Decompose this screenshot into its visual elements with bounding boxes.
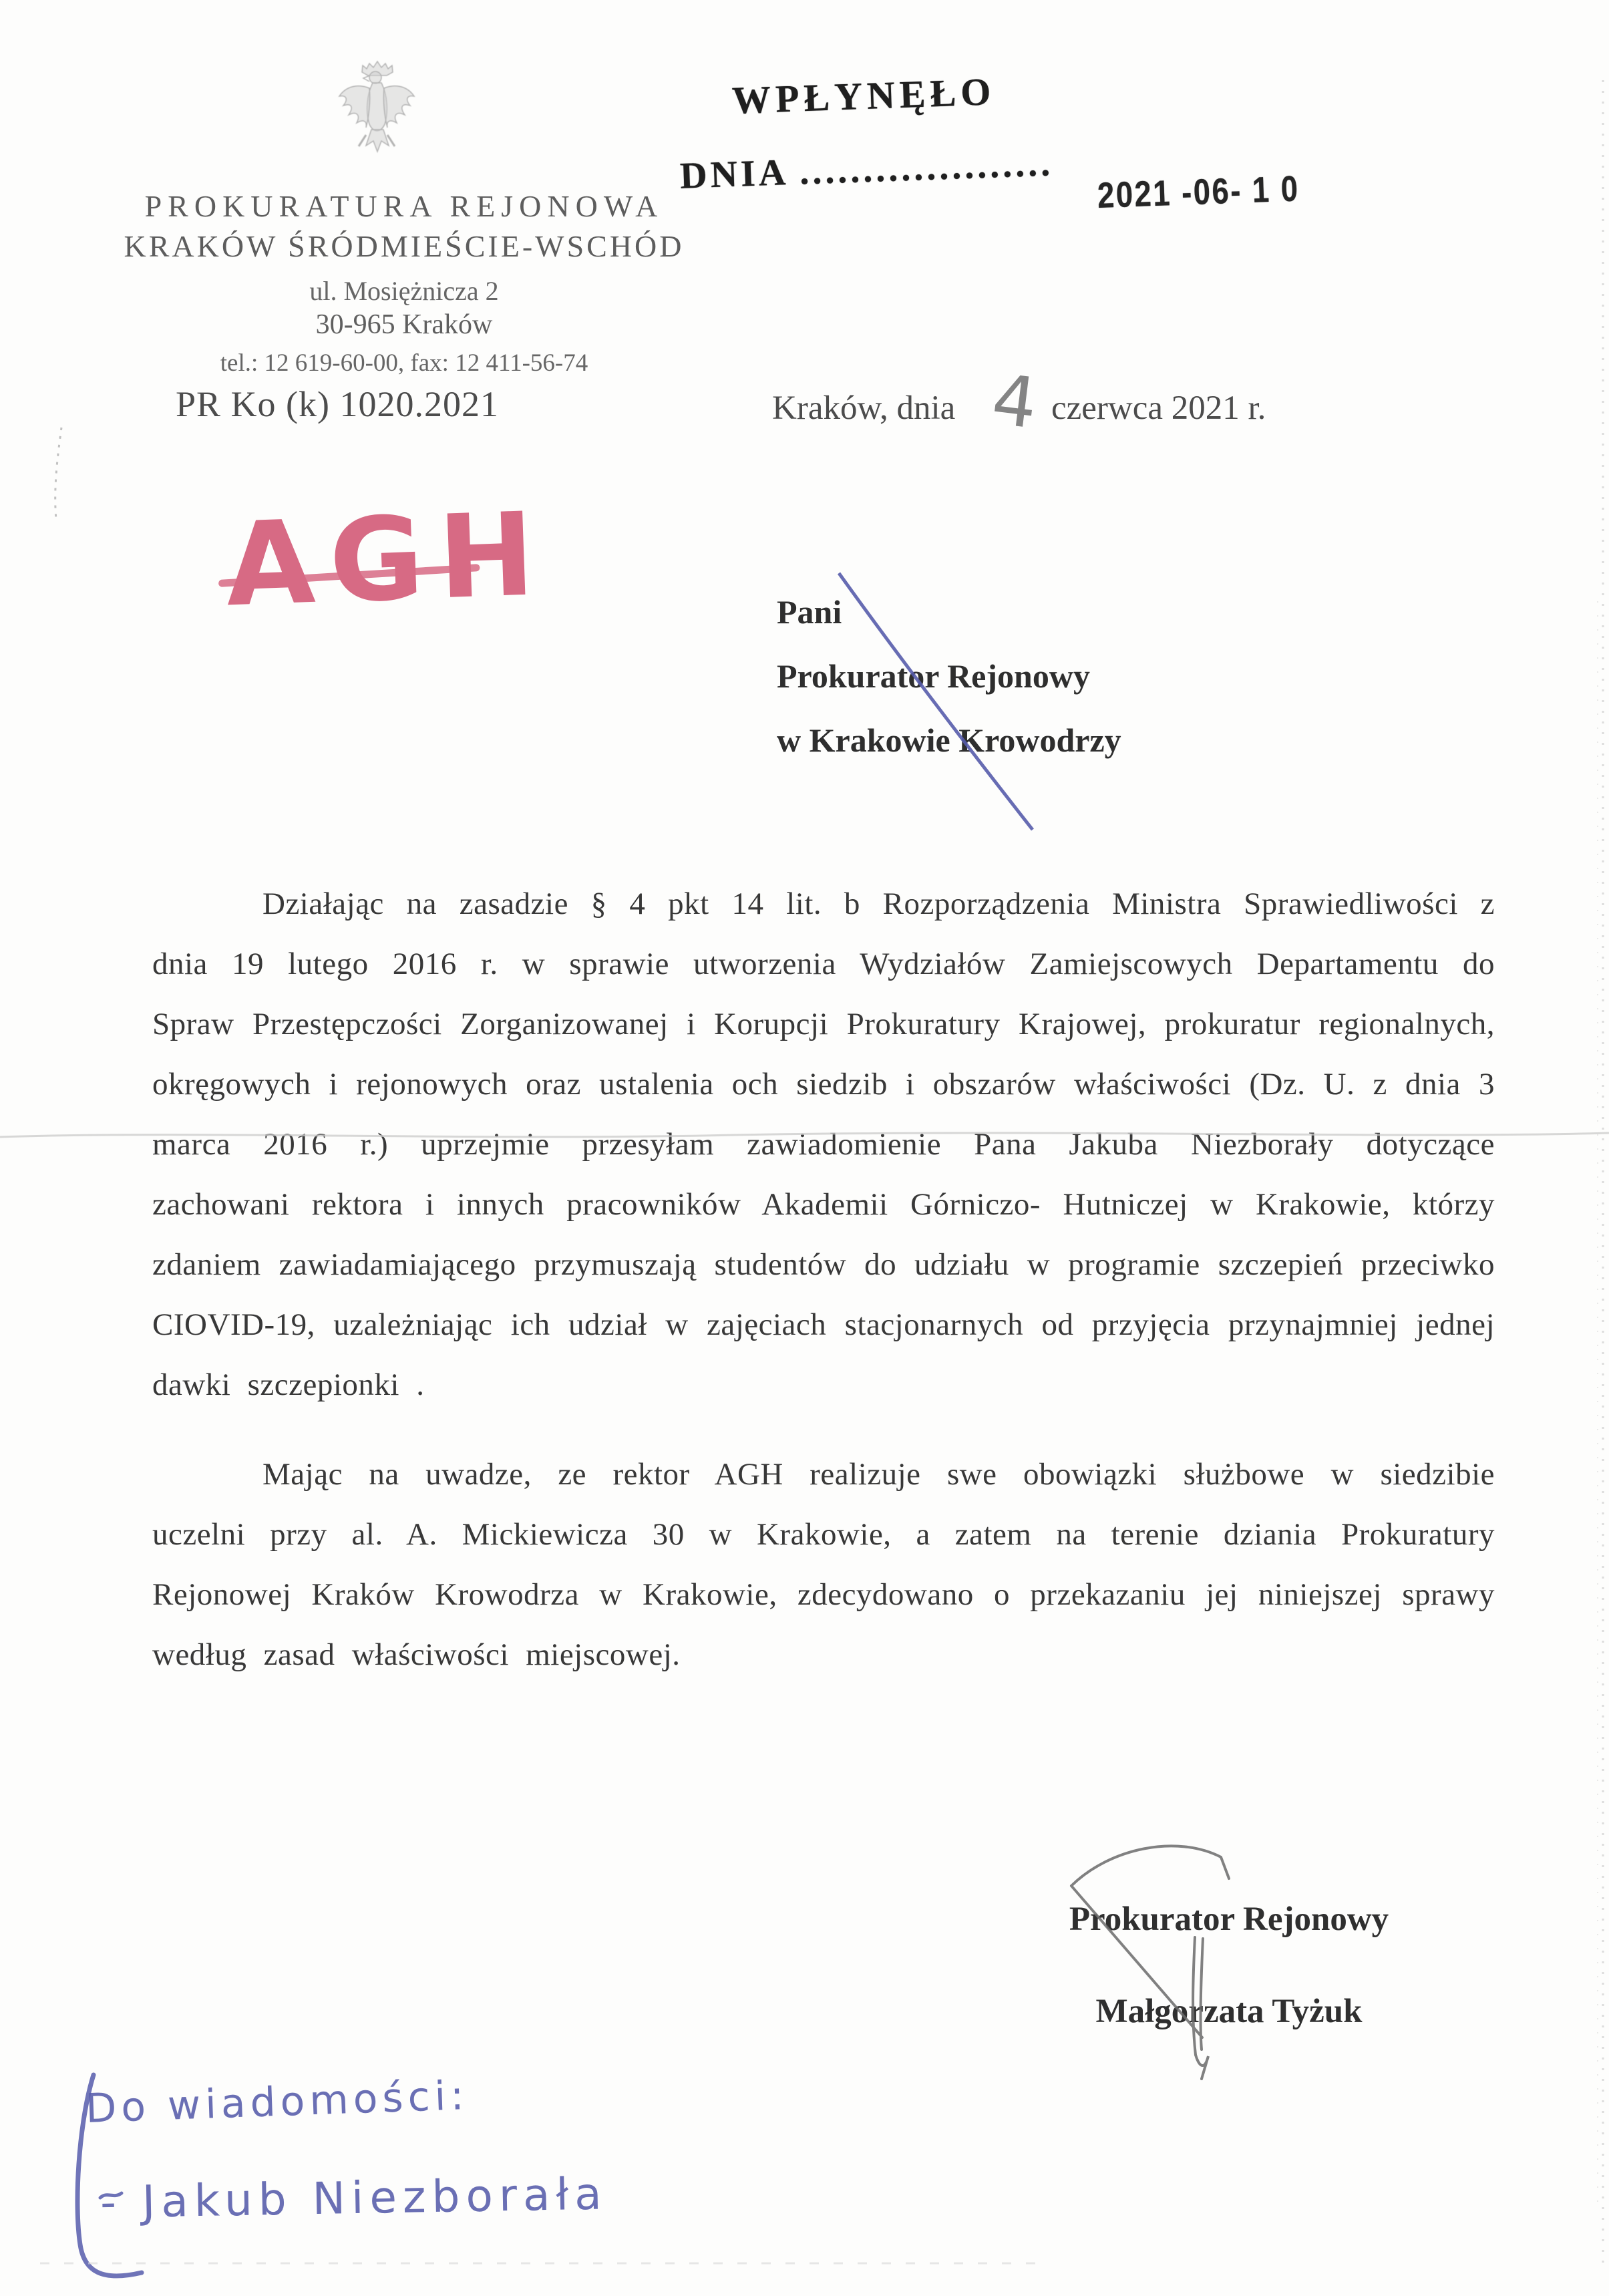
eagle-emblem-icon [334,53,421,177]
scanned-letter-page: PROKURATURA REJONOWA KRAKÓW ŚRÓDMIEŚCIE-… [0,0,1609,2296]
date-line-prefix: Kraków, dnia [772,389,955,428]
signature-block: Prokurator Rejonowy Małgorzata Tyżuk [1002,1899,1456,2032]
case-number: PR Ko (k) 1020.2021 [176,383,499,425]
org-city: 30-965 Kraków [120,309,688,341]
received-stamp-date-value: 2021 -06- 1 0 [1097,168,1300,216]
org-name-line2: KRAKÓW ŚRÓDMIEŚCIE-WSCHÓD [120,228,688,264]
body-paragraph-2: Mając na uwadze, ze rektor AGH realizuje… [152,1444,1495,1685]
recipient-line2: Prokurator Rejonowy [777,644,1121,708]
letter-body: Działając na zasadzie § 4 pkt 14 lit. b … [152,874,1495,1685]
recipient-block: Pani Prokurator Rejonowy w Krakowie Krow… [777,580,1121,772]
recipient-line3: w Krakowie Krowodrzy [777,708,1121,772]
handwritten-note-line1: Do wiadomości: [85,2072,470,2132]
received-stamp-date-label: DNIA .................... [679,142,1054,197]
signature-title: Prokurator Rejonowy [1002,1899,1456,1940]
handwritten-day-number: 4 [988,358,1042,444]
red-marker-annotation: AGH [224,497,551,623]
received-stamp-title: WPŁYNĘŁO [731,69,996,123]
date-line-suffix: czerwca 2021 r. [1051,389,1266,428]
left-edge-scratch-mark [55,428,61,520]
handwritten-note-line2: - Jakub Niezborała [100,2168,608,2228]
org-name-line1: PROKURATURA REJONOWA [120,188,688,224]
body-paragraph-1: Działając na zasadzie § 4 pkt 14 lit. b … [152,874,1495,1415]
signature-name: Małgorzata Tyżuk [1002,1991,1456,2032]
org-phone-fax: tel.: 12 619-60-00, fax: 12 411-56-74 [120,349,688,377]
org-street: ul. Mosiężnicza 2 [120,275,688,307]
recipient-line1: Pani [777,580,1121,644]
